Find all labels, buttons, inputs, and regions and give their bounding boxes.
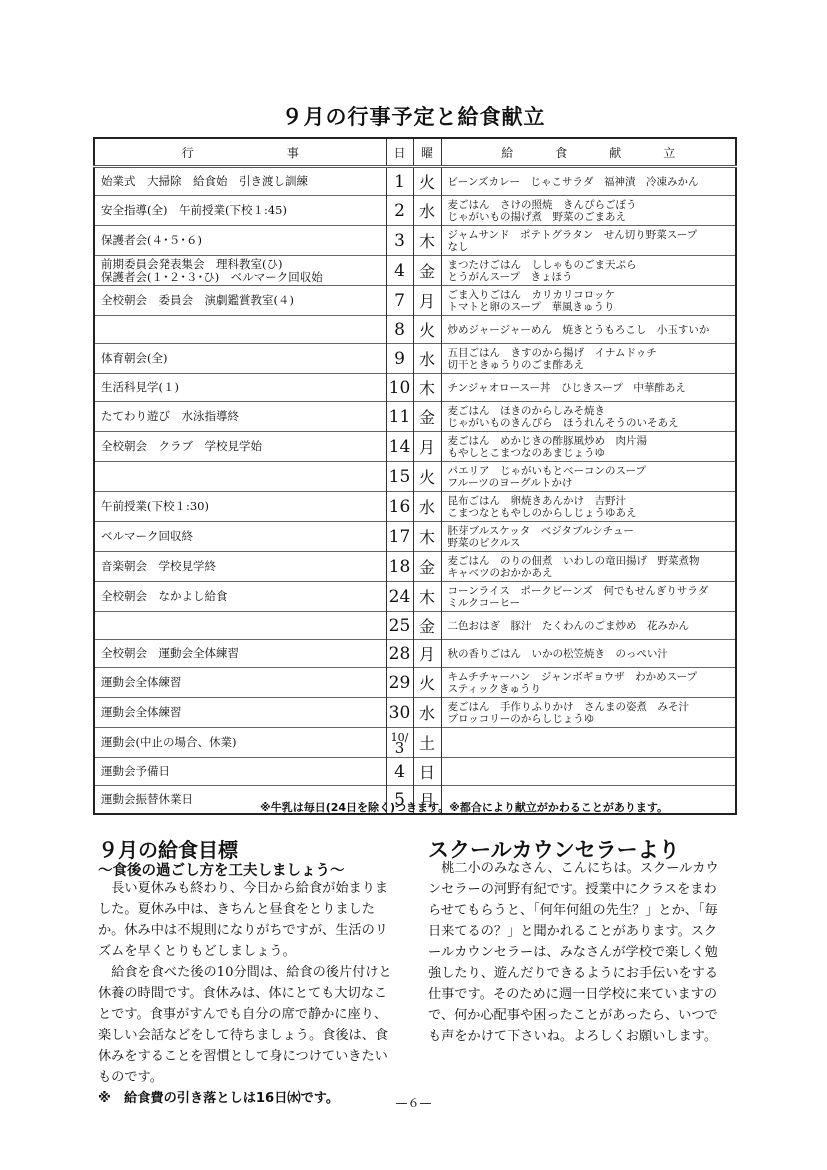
menu-line: 麦ごはん ほきのからしみそ焼き (448, 405, 736, 417)
weekday-cell: 金 (413, 256, 441, 286)
menu-cell: 胚芽ブルスケッタ ベジタブルシチュー野菜のピクルス (441, 522, 736, 552)
event-cell (94, 462, 386, 492)
event-cell: 音楽朝会 学校見学終 (94, 552, 386, 582)
schedule-body: 始業式 大掃除 給食始 引き渡し訓練1火ビーンズカレー じゃこサラダ 福神漬 冷… (94, 167, 736, 815)
counselor-paragraph: 桃二小のみなさん、こんにちは。スクールカウンセラーの河野有紀です。授業中にクラス… (428, 858, 728, 1047)
menu-line: 五目ごはん きすのから揚げ イナムドゥチ (448, 347, 736, 359)
event-text: 運動会予備日 (101, 765, 386, 778)
table-header-row: 行 事 日 曜 給 食 献 立 (94, 138, 736, 167)
menu-line: フルーツのヨーグルトかけ (448, 477, 736, 489)
event-text: 保護者会(４･５･６) (101, 234, 386, 247)
day-cell: 15 (386, 462, 413, 492)
lunch-goal-paragraph: 長い夏休みも終わり、今日から給食が始まりました。夏休み中は、きちんと昼食をとりま… (98, 878, 398, 962)
event-text: 前期委員会発表集会 理科教室(ひ) (101, 258, 386, 271)
day-cell: 29 (386, 668, 413, 698)
menu-line: 秋の香りごはん いかの松笠焼き のっぺい汁 (448, 648, 736, 660)
weekday-cell: 水 (413, 698, 441, 728)
menu-line: 麦ごはん めかじきの酢豚風炒め 肉片湯 (448, 435, 736, 447)
menu-line: 炒めジャージャーめん 焼きとうもろこし 小玉すいか (448, 324, 736, 336)
weekday-cell: 月 (413, 286, 441, 316)
day-cell: 24 (386, 582, 413, 612)
menu-line: 麦ごはん 手作りふりかけ さんまの姿煮 みそ汁 (448, 701, 736, 713)
event-text: 保護者会(１･２･３･ひ) ベルマーク回収始 (101, 271, 386, 284)
page-title: ９月の行事予定と給食献立 (0, 101, 827, 131)
event-text: 全校朝会 運動会全体練習 (101, 647, 386, 660)
day-cell: 11 (386, 402, 413, 432)
header-events-char: 行 (182, 144, 194, 161)
header-weekday: 曜 (413, 138, 441, 167)
menu-cell: 二色おはぎ 豚汁 たくわんのごま炒め 花みかん (441, 612, 736, 640)
event-text: 運動会全体練習 (101, 706, 386, 719)
day-cell: 3 (386, 226, 413, 256)
menu-cell: コーンライス ポークビーンズ 何でもせんぎりサラダミルクコーヒー (441, 582, 736, 612)
menu-line: チンジャオロースー丼 ひじきスープ 中華酢あえ (448, 382, 736, 394)
day-cell: 30 (386, 698, 413, 728)
menu-cell: 麦ごはん めかじきの酢豚風炒め 肉片湯もやしとこまつなのあまじょうゆ (441, 432, 736, 462)
event-text: ベルマーク回収終 (101, 530, 386, 543)
header-menu-char: 給 (501, 144, 513, 161)
event-text: 始業式 大掃除 給食始 引き渡し訓練 (101, 175, 386, 188)
menu-cell: ビーンズカレー じゃこサラダ 福神漬 冷凍みかん (441, 167, 736, 196)
table-row: 安全指導(全) 午前授業(下校１:45)2水麦ごはん さけの照焼 きんぴらごぼう… (94, 196, 736, 226)
menu-cell: 麦ごはん さけの照焼 きんぴらごぼうじゃがいもの揚げ煮 野菜のごまあえ (441, 196, 736, 226)
menu-line: 切干ときゅうりのごま酢あえ (448, 359, 736, 371)
day-cell: 18 (386, 552, 413, 582)
day-cell: 1 (386, 167, 413, 196)
event-cell: 生活科見学(１) (94, 374, 386, 402)
table-row: 全校朝会 なかよし給食24木コーンライス ポークビーンズ 何でもせんぎりサラダミ… (94, 582, 736, 612)
table-row: ベルマーク回収終17木胚芽ブルスケッタ ベジタブルシチュー野菜のピクルス (94, 522, 736, 552)
event-cell: ベルマーク回収終 (94, 522, 386, 552)
day-cell: 10/3 (386, 728, 413, 758)
table-row: 保護者会(４･５･６)3木ジャムサンド ポテトグラタン せん切り野菜スープなし (94, 226, 736, 256)
table-row: 全校朝会 運動会全体練習28月秋の香りごはん いかの松笠焼き のっぺい汁 (94, 640, 736, 668)
menu-line: キャベツのおかかあえ (448, 567, 736, 579)
menu-line: ブロッコリーのからしじょうゆ (448, 713, 736, 725)
menu-cell: 炒めジャージャーめん 焼きとうもろこし 小玉すいか (441, 316, 736, 344)
weekday-cell: 木 (413, 522, 441, 552)
weekday-cell: 火 (413, 167, 441, 196)
event-cell: 運動会全体練習 (94, 698, 386, 728)
table-row: 全校朝会 クラブ 学校見学始14月麦ごはん めかじきの酢豚風炒め 肉片湯もやしと… (94, 432, 736, 462)
menu-line: 麦ごはん のりの佃煮 いわしの竜田揚げ 野菜煮物 (448, 555, 736, 567)
event-text: 安全指導(全) 午前授業(下校１:45) (101, 204, 386, 217)
menu-line: こまつなともやしのからしじょうゆあえ (448, 507, 736, 519)
menu-cell: ごま入りごはん カリカリコロッケトマトと卵のスープ 華風きゅうり (441, 286, 736, 316)
weekday-cell: 日 (413, 758, 441, 786)
menu-line: 二色おはぎ 豚汁 たくわんのごま炒め 花みかん (448, 620, 736, 632)
menu-cell: パエリア じゃがいもとベーコンのスープフルーツのヨーグルトかけ (441, 462, 736, 492)
page-number: —６— (0, 1094, 827, 1111)
day-cell: 28 (386, 640, 413, 668)
day-cell: 16 (386, 492, 413, 522)
menu-line: じゃがいものきんぴら ほうれんそうのいそあえ (448, 417, 736, 429)
weekday-cell: 水 (413, 492, 441, 522)
weekday-cell: 水 (413, 196, 441, 226)
event-cell: 全校朝会 運動会全体練習 (94, 640, 386, 668)
event-cell: 運動会(中止の場合、休業) (94, 728, 386, 758)
table-row: 午前授業(下校１:30)16水昆布ごはん 卵焼きあんかけ 吉野汁こまつなともやし… (94, 492, 736, 522)
event-text: 運動会全体練習 (101, 676, 386, 689)
day-cell: 9 (386, 344, 413, 374)
menu-line: 麦ごはん さけの照焼 きんぴらごぼう (448, 199, 736, 211)
weekday-cell: 火 (413, 668, 441, 698)
menu-cell: 秋の香りごはん いかの松笠焼き のっぺい汁 (441, 640, 736, 668)
table-row: 前期委員会発表集会 理科教室(ひ)保護者会(１･２･３･ひ) ベルマーク回収始4… (94, 256, 736, 286)
menu-cell (441, 758, 736, 786)
event-cell: 運動会全体練習 (94, 668, 386, 698)
event-cell: たてわり遊び 水泳指導終 (94, 402, 386, 432)
weekday-cell: 金 (413, 612, 441, 640)
menu-line: スティックきゅうり (448, 683, 736, 695)
header-day: 日 (386, 138, 413, 167)
event-text: 全校朝会 委員会 演劇鑑賞教室(４) (101, 294, 386, 307)
event-text: 全校朝会 なかよし給食 (101, 590, 386, 603)
table-row: 体育朝会(全)9水五目ごはん きすのから揚げ イナムドゥチ切干ときゅうりのごま酢… (94, 344, 736, 374)
table-row: 運動会全体練習30水麦ごはん 手作りふりかけ さんまの姿煮 みそ汁ブロッコリーの… (94, 698, 736, 728)
event-text: 体育朝会(全) (101, 352, 386, 365)
table-row: 始業式 大掃除 給食始 引き渡し訓練1火ビーンズカレー じゃこサラダ 福神漬 冷… (94, 167, 736, 196)
event-cell (94, 316, 386, 344)
event-cell: 前期委員会発表集会 理科教室(ひ)保護者会(１･２･３･ひ) ベルマーク回収始 (94, 256, 386, 286)
menu-line: パエリア じゃがいもとベーコンのスープ (448, 465, 736, 477)
menu-line: 昆布ごはん 卵焼きあんかけ 吉野汁 (448, 495, 736, 507)
header-menu-char: 献 (609, 144, 621, 161)
event-cell: 全校朝会 委員会 演劇鑑賞教室(４) (94, 286, 386, 316)
weekday-cell: 金 (413, 552, 441, 582)
counselor-body: 桃二小のみなさん、こんにちは。スクールカウンセラーの河野有紀です。授業中にクラス… (428, 858, 728, 1047)
event-text: 音楽朝会 学校見学終 (101, 560, 386, 573)
weekday-cell: 木 (413, 374, 441, 402)
weekday-cell: 木 (413, 226, 441, 256)
weekday-cell: 火 (413, 316, 441, 344)
event-cell: 安全指導(全) 午前授業(下校１:45) (94, 196, 386, 226)
event-cell (94, 612, 386, 640)
menu-line: キムチチャーハン ジャンボギョウザ わかめスープ (448, 671, 736, 683)
event-cell: 全校朝会 クラブ 学校見学始 (94, 432, 386, 462)
table-row: 全校朝会 委員会 演劇鑑賞教室(４)7月ごま入りごはん カリカリコロッケトマトと… (94, 286, 736, 316)
day-cell: 17 (386, 522, 413, 552)
event-cell: 運動会予備日 (94, 758, 386, 786)
weekday-cell: 木 (413, 582, 441, 612)
weekday-cell: 土 (413, 728, 441, 758)
weekday-cell: 金 (413, 402, 441, 432)
header-menu-char: 立 (663, 144, 675, 161)
event-text: たてわり遊び 水泳指導終 (101, 410, 386, 423)
menu-line: ジャムサンド ポテトグラタン せん切り野菜スープ (448, 229, 736, 241)
table-row: 運動会全体練習29火キムチチャーハン ジャンボギョウザ わかめスープスティックき… (94, 668, 736, 698)
menu-cell: 昆布ごはん 卵焼きあんかけ 吉野汁こまつなともやしのからしじょうゆあえ (441, 492, 736, 522)
table-row: たてわり遊び 水泳指導終11金麦ごはん ほきのからしみそ焼きじゃがいものきんぴら… (94, 402, 736, 432)
menu-line: コーンライス ポークビーンズ 何でもせんぎりサラダ (448, 585, 736, 597)
day-cell: 8 (386, 316, 413, 344)
table-footnote: ※牛乳は毎日(24日を除く)つきます。※都合により献立がかわることがあります。 (260, 799, 668, 815)
menu-cell: 麦ごはん 手作りふりかけ さんまの姿煮 みそ汁ブロッコリーのからしじょうゆ (441, 698, 736, 728)
header-events-char: 事 (287, 144, 299, 161)
event-cell: 始業式 大掃除 給食始 引き渡し訓練 (94, 167, 386, 196)
menu-line: トマトと卵のスープ 華風きゅうり (448, 301, 736, 313)
day-cell: 4 (386, 256, 413, 286)
event-cell: 午前授業(下校１:30) (94, 492, 386, 522)
menu-line: なし (448, 241, 736, 253)
menu-line: ミルクコーヒー (448, 597, 736, 609)
day-cell: 7 (386, 286, 413, 316)
menu-cell: キムチチャーハン ジャンボギョウザ わかめスープスティックきゅうり (441, 668, 736, 698)
menu-line: 胚芽ブルスケッタ ベジタブルシチュー (448, 525, 736, 537)
day-cell: 25 (386, 612, 413, 640)
header-menu-char: 食 (555, 144, 567, 161)
menu-cell: ジャムサンド ポテトグラタン せん切り野菜スープなし (441, 226, 736, 256)
day-cell: 10 (386, 374, 413, 402)
schedule-table: 行 事 日 曜 給 食 献 立 始業式 大掃除 給食始 引き渡し訓練1火ビーンズ… (93, 137, 737, 815)
menu-cell (441, 728, 736, 758)
lunch-goal-subheading: 〜食後の過ごし方を工夫しましょう〜 (98, 859, 345, 880)
table-row: 25金二色おはぎ 豚汁 たくわんのごま炒め 花みかん (94, 612, 736, 640)
lunch-goal-body: 長い夏休みも終わり、今日から給食が始まりました。夏休み中は、きちんと昼食をとりま… (98, 878, 398, 1109)
menu-line: じゃがいもの揚げ煮 野菜のごまあえ (448, 211, 736, 223)
menu-line: とうがんスープ きょほう (448, 271, 736, 283)
day-cell: 14 (386, 432, 413, 462)
menu-cell: 五目ごはん きすのから揚げ イナムドゥチ切干ときゅうりのごま酢あえ (441, 344, 736, 374)
menu-cell: 麦ごはん ほきのからしみそ焼きじゃがいものきんぴら ほうれんそうのいそあえ (441, 402, 736, 432)
weekday-cell: 月 (413, 432, 441, 462)
event-text: 全校朝会 クラブ 学校見学始 (101, 440, 386, 453)
event-cell: 全校朝会 なかよし給食 (94, 582, 386, 612)
day-cell: 2 (386, 196, 413, 226)
table-row: 運動会予備日4日 (94, 758, 736, 786)
table-row: 運動会(中止の場合、休業)10/3土 (94, 728, 736, 758)
header-events: 行 事 (94, 138, 386, 167)
menu-line: もやしとこまつなのあまじょうゆ (448, 447, 736, 459)
menu-line: ごま入りごはん カリカリコロッケ (448, 289, 736, 301)
menu-line: 野菜のピクルス (448, 537, 736, 549)
menu-cell: まつたけごはん ししゃものごま天ぷらとうがんスープ きょほう (441, 256, 736, 286)
menu-line: ビーンズカレー じゃこサラダ 福神漬 冷凍みかん (448, 176, 736, 188)
table-row: 生活科見学(１)10木チンジャオロースー丼 ひじきスープ 中華酢あえ (94, 374, 736, 402)
table-row: 8火炒めジャージャーめん 焼きとうもろこし 小玉すいか (94, 316, 736, 344)
menu-line: まつたけごはん ししゃものごま天ぷら (448, 259, 736, 271)
lunch-goal-paragraph: 給食を食べた後の10分間は、給食の後片付けと休養の時間です。食休みは、体にとても… (98, 962, 398, 1088)
event-text: 生活科見学(１) (101, 381, 386, 394)
weekday-cell: 火 (413, 462, 441, 492)
menu-cell: 麦ごはん のりの佃煮 いわしの竜田揚げ 野菜煮物キャベツのおかかあえ (441, 552, 736, 582)
weekday-cell: 水 (413, 344, 441, 374)
event-text: 運動会(中止の場合、休業) (101, 736, 386, 749)
day-cell: 4 (386, 758, 413, 786)
menu-cell: チンジャオロースー丼 ひじきスープ 中華酢あえ (441, 374, 736, 402)
table-row: 音楽朝会 学校見学終18金麦ごはん のりの佃煮 いわしの竜田揚げ 野菜煮物キャベ… (94, 552, 736, 582)
header-menu: 給 食 献 立 (441, 138, 736, 167)
event-cell: 体育朝会(全) (94, 344, 386, 374)
weekday-cell: 月 (413, 640, 441, 668)
event-cell: 保護者会(４･５･６) (94, 226, 386, 256)
event-text: 午前授業(下校１:30) (101, 500, 386, 513)
table-row: 15火パエリア じゃがいもとベーコンのスープフルーツのヨーグルトかけ (94, 462, 736, 492)
